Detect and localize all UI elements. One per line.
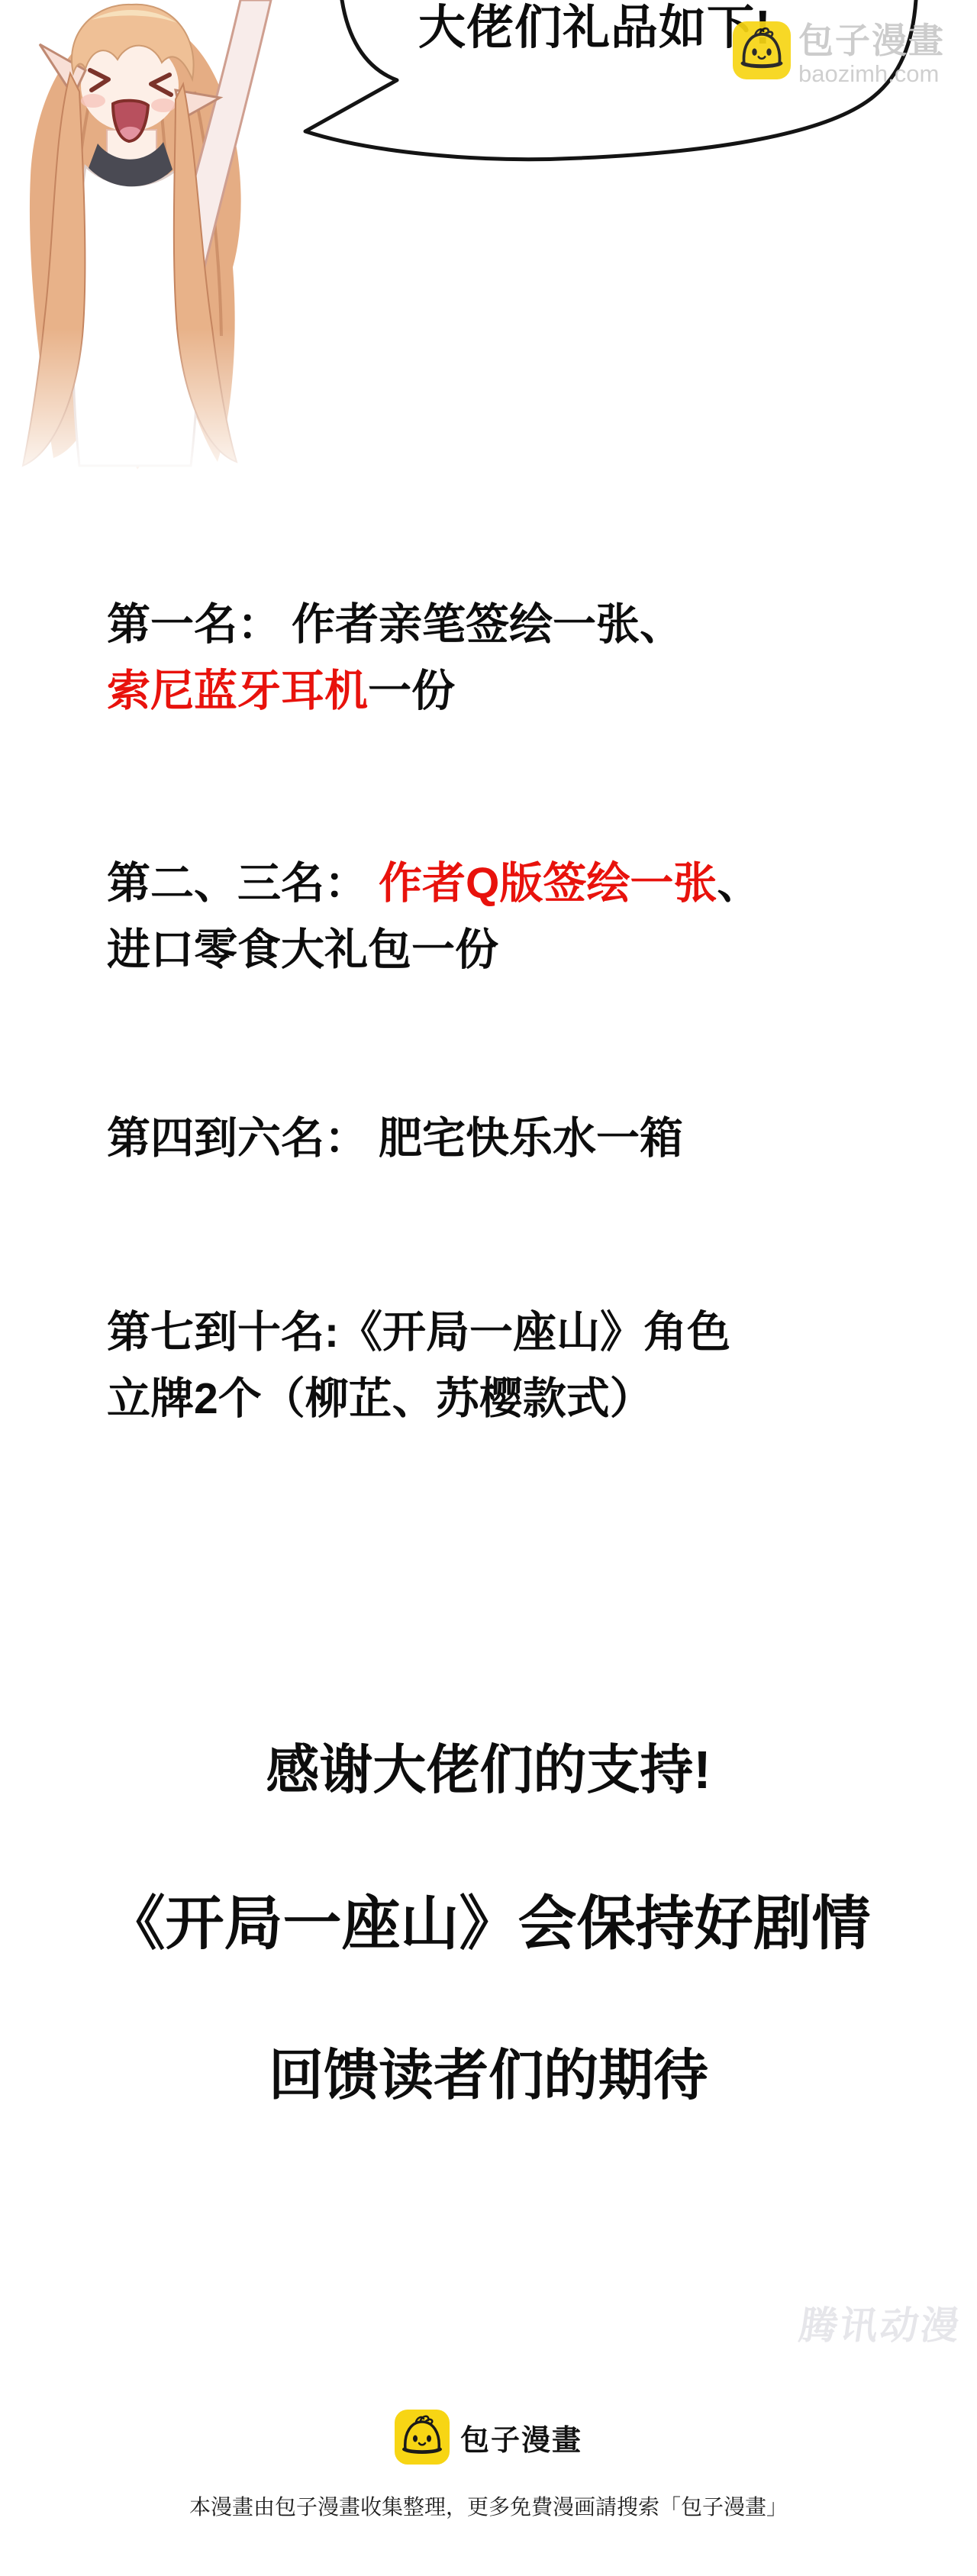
comic-page: 大佬们礼品如下! 包子漫畫 baozimh.com 第一名：作者亲笔签绘一张、 … [0,0,977,2576]
prize-text: 《开局一座山》角色 [339,1308,730,1357]
watermark-text-group: 包子漫畫 baozimh.com [798,21,945,87]
prize-item-second-third: 第二、三名：作者Q版签绘一张、 进口零食大礼包一份 [107,851,760,983]
prize-text: 一份 [368,667,455,715]
bao-bun-icon [395,2410,450,2465]
watermark-domain-text: baozimh.com [798,61,945,87]
thanks-message-2: 《开局一座山》会保持好剧情 [0,1877,977,1961]
footer-brand-text: 包子漫畫 [460,2416,582,2458]
prize-rank-label: 第一名： [107,600,281,649]
prize-text: 肥宅快乐水一箱 [379,1114,683,1163]
prize-line: 第一名：作者亲笔签绘一张、 [107,592,683,658]
speech-bubble-text: 大佬们礼品如下! [418,0,772,57]
prize-highlight-text: 作者Q版签绘一张 [379,859,717,908]
prize-text: 进口零食大礼包一份 [107,925,498,974]
prize-rank-label: 第七到十名: [107,1308,339,1357]
tencent-comics-watermark: 腾讯动漫 [796,2295,966,2350]
prize-line: 第二、三名：作者Q版签绘一张、 [107,851,760,917]
prize-highlight-text: 索尼蓝牙耳机 [107,667,368,715]
prize-text: 立牌2个（柳芷、苏樱款式） [107,1374,653,1423]
watermark-brand-text: 包子漫畫 [798,21,945,60]
character-illustration [0,0,305,489]
prize-text: 作者亲笔签绘一张、 [292,600,683,649]
prize-rank-label: 第四到六名： [107,1114,368,1163]
bao-bun-icon-art [733,21,791,79]
prize-line: 第七到十名:《开局一座山》角色 [107,1299,730,1366]
elf-girl-illustration [0,0,305,489]
prize-item-first: 第一名：作者亲笔签绘一张、 索尼蓝牙耳机一份 [107,592,683,725]
bao-bun-icon-art [395,2410,450,2465]
prize-line: 进口零食大礼包一份 [107,917,760,983]
baozi-watermark-top: 包子漫畫 baozimh.com [733,21,945,87]
thanks-message-1: 感谢大佬们的支持! [0,1727,977,1804]
prize-text: 、 [717,859,760,908]
prize-line: 第四到六名：肥宅快乐水一箱 [107,1106,683,1172]
prize-line: 索尼蓝牙耳机一份 [107,658,683,725]
thanks-message-3: 回馈读者们的期待 [0,2031,977,2110]
prize-item-seventh-tenth: 第七到十名:《开局一座山》角色 立牌2个（柳芷、苏樱款式） [107,1299,730,1432]
prize-rank-label: 第二、三名： [107,859,368,908]
bao-bun-icon [733,21,791,79]
footer-notice: 本漫畫由包子漫畫收集整理，更多免費漫画請搜索「包子漫畫」 [0,2490,977,2521]
prize-item-fourth-sixth: 第四到六名：肥宅快乐水一箱 [107,1106,683,1172]
footer-brand-row: 包子漫畫 [0,2410,977,2465]
prize-line: 立牌2个（柳芷、苏樱款式） [107,1366,730,1432]
